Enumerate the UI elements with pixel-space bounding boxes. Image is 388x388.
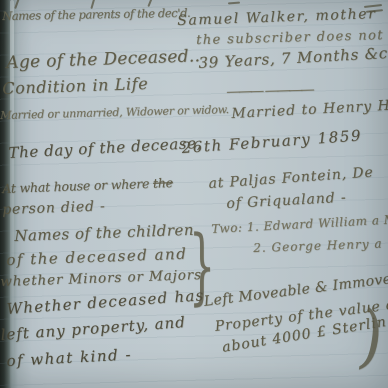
label-place-struck-word: the: [153, 175, 173, 191]
cut-off-stroke: [228, 2, 240, 5]
label-children-line1: Names of the children: [14, 221, 194, 245]
value-marital: Married to Henry H: [231, 98, 388, 122]
label-property-line3: of what kind -: [6, 345, 132, 370]
value-place-line1: at Paljas Fontein, De: [208, 164, 374, 192]
label-decease-day: The day of the decease,: [8, 134, 202, 162]
value-place-line2: of Griqualand -: [226, 190, 347, 212]
label-place-text: At what house or where: [2, 176, 149, 196]
label-children-line3: whether Minors or Majors: [0, 267, 202, 290]
label-parents: Names of the parents of the dec'd.: [2, 6, 190, 23]
value-decease-day: 26th February 1859: [181, 126, 363, 157]
value-children-line2: 2. George Henry a: [253, 236, 383, 255]
label-marital: Married or unmarried, Widower or widow.: [0, 103, 229, 122]
cut-off-stroke: [14, 0, 20, 9]
label-children-line2: of the deceased and: [6, 245, 188, 269]
value-parents-line1: Samuel Walker, mother: [177, 6, 377, 29]
document-scan: Names of the parents of the dec'd. Samue…: [0, 0, 388, 388]
label-condition: Condition in Life: [2, 74, 149, 98]
label-place-line2: person died -: [2, 198, 106, 218]
value-children-line1: Two: 1. Edward William a M: [211, 212, 388, 236]
label-property-line2: left any property, and: [0, 313, 186, 344]
label-age: Age of the Deceased..: [6, 46, 201, 73]
value-age: 39 Years, 7 Months &c: [198, 44, 388, 72]
label-place-line1: At what house or where the: [2, 175, 173, 196]
value-condition-dash: ——— ————: [226, 82, 313, 100]
